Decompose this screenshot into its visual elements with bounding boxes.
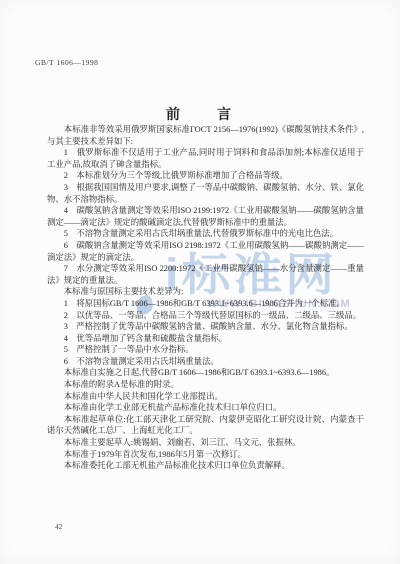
page-number: 42: [55, 522, 63, 531]
foreword-paragraph: 3 根据我国国情及用户要求,调整了一等品中碳酸钠、碳酸氢钠、水分、铁、氯化物、水…: [47, 182, 364, 205]
foreword-paragraph: 5 严格控制了一等品中水分指标。: [47, 344, 364, 356]
foreword-paragraph: 4 碳酸氢钠含量测定等效采用ISO 2199:1972《工业用碳酸氢钠——碳酸氢…: [47, 205, 364, 228]
foreword-paragraph: 本标准起草单位:化工部天津化工研究院、内蒙伊克昭化工研究设计院、内蒙查干诺尔天然…: [47, 414, 364, 437]
foreword-paragraph: 本标准委托化工部无机盐产品标准化技术归口单位负责解释。: [47, 460, 364, 472]
foreword-paragraph: 7 水分测定等效采用ISO 2200:1972《工业用碳酸氢钠——水分含量测定—…: [47, 263, 364, 286]
foreword-paragraph: 本标准与原国标主要技术差异为:: [47, 286, 364, 298]
foreword-paragraph: 6 碳酸钠含量测定等效采用ISO 2198:1972《工业用碳酸氢钠——碳酸钠测…: [47, 240, 364, 263]
document-page: GB/T 1606—1998 前 言 i标准网 WWW.IBIAOZHUN.CO…: [0, 0, 400, 564]
foreword-paragraph: 4 优等品增加了钙含量和硫酸盐含量指标。: [47, 333, 364, 345]
page-title: 前 言: [0, 104, 400, 124]
foreword-paragraph: 本标准自实施之日起,代替GB/T 1606—1986和GB/T 6393.1~6…: [47, 367, 364, 379]
foreword-paragraph: 6 不溶物含量测定采用古氏坩埚重量法。: [47, 356, 364, 368]
foreword-paragraph: 3 严格控制了优等品中碳酸氢钠含量、碳酸钠含量、水分、氯化物含量指标。: [47, 321, 364, 333]
foreword-paragraph: 2 以优等品、一等品、合格品三个等级代替原国标的一级品、二级品、三级品。: [47, 310, 364, 322]
foreword-paragraph: 本标准的附录A是标准的附录。: [47, 379, 364, 391]
foreword-paragraph: 本标准于1979年首次发布,1986年5月第一次修订。: [47, 449, 364, 461]
foreword-body: 本标准非等效采用俄罗斯国家标准ГОСТ 2156—1976(1992)《碳酸氢钠…: [47, 124, 364, 472]
foreword-paragraph: 1 将原国标GB/T 1606—1986和GB/T 6393.1~6393.6—…: [47, 298, 364, 310]
foreword-paragraph: 2 本标准划分为三个等级,比俄罗斯标准增加了合格品等级。: [47, 170, 364, 182]
foreword-paragraph: 本标准主要起草人:姚锡娟、刘幽若、刘三江、马文元、张振林。: [47, 437, 364, 449]
foreword-paragraph: 1 俄罗斯标准不仅适用于工业产品,同时用于饲料和食品添加剂;本标准仅适用于工业产…: [47, 147, 364, 170]
foreword-paragraph: 5 不溶物含量测定采用古氏坩埚重量法,代替俄罗斯标准中的光电比色法。: [47, 228, 364, 240]
foreword-paragraph: 本标准由化学工业部无机盐产品标准化技术归口单位归口。: [47, 402, 364, 414]
standard-code: GB/T 1606—1998: [35, 58, 98, 67]
foreword-paragraph: 本标准由中华人民共和国化学工业部提出。: [47, 391, 364, 403]
foreword-paragraph: 本标准非等效采用俄罗斯国家标准ГОСТ 2156—1976(1992)《碳酸氢钠…: [47, 124, 364, 147]
